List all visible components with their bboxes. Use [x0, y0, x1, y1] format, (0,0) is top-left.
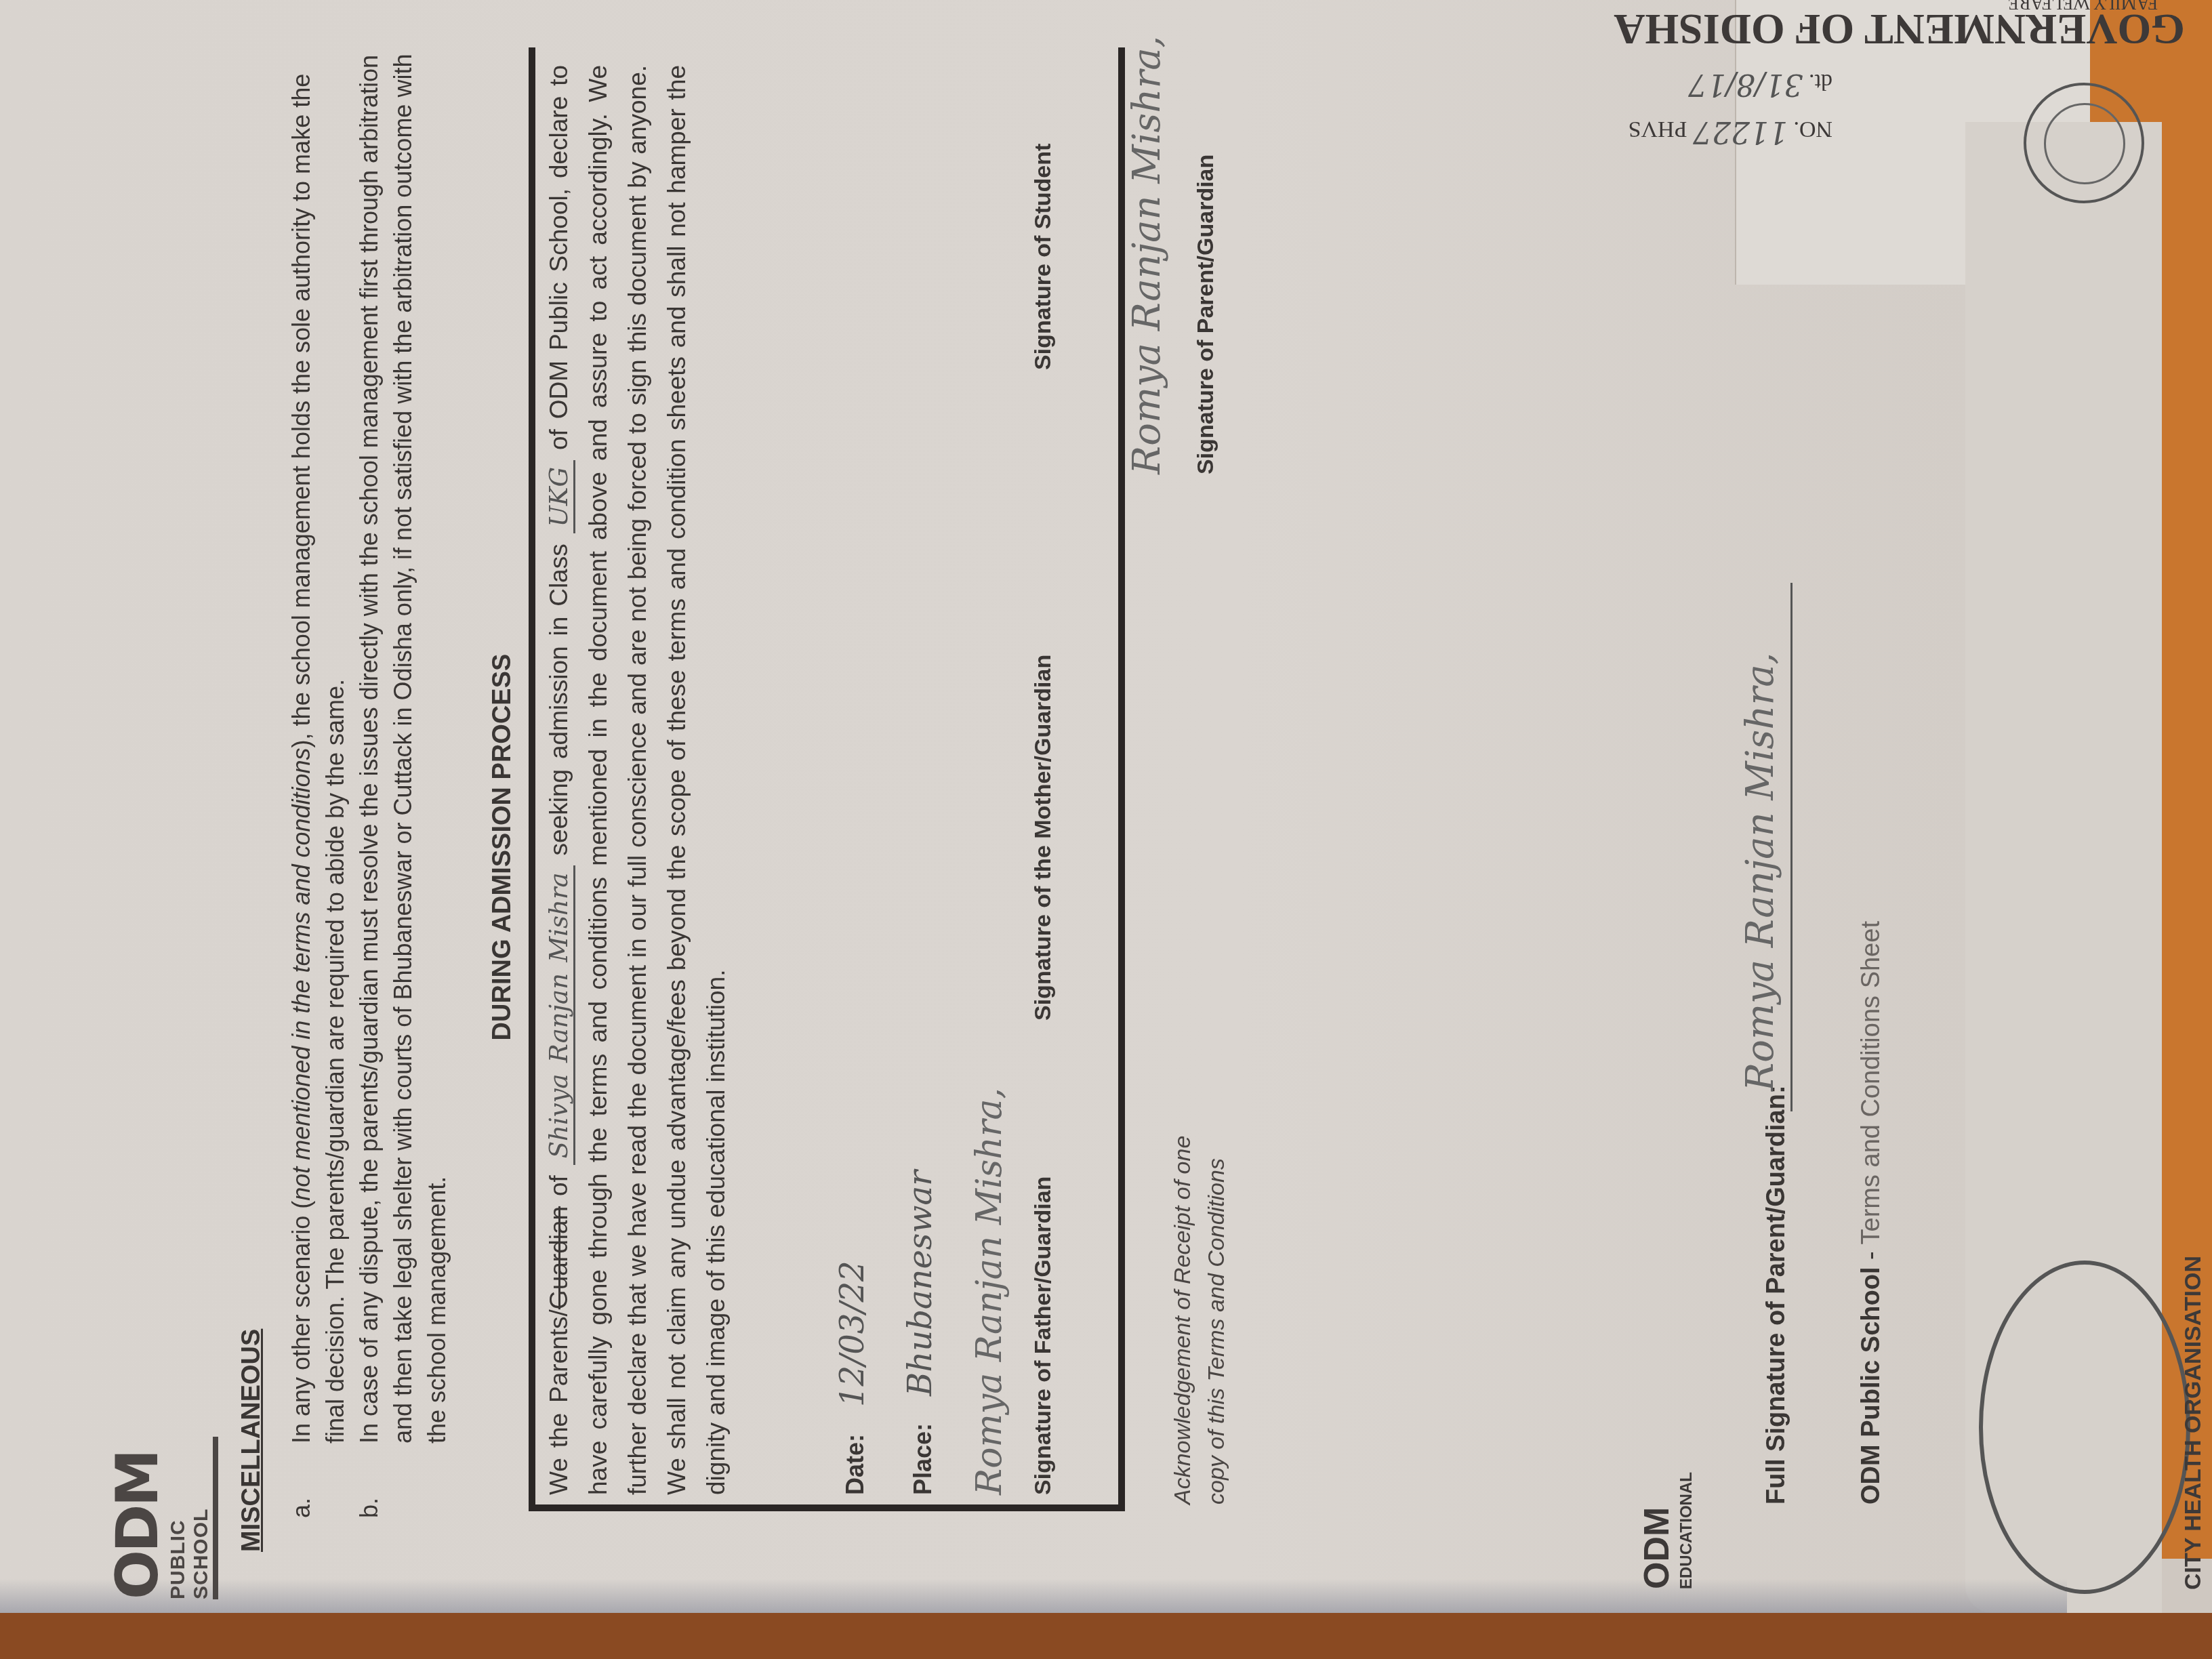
class-field[interactable]: UKG	[544, 460, 575, 533]
ack-line: copy of this Terms and Conditions	[1200, 895, 1233, 1504]
footer-school: ODM Public School	[1857, 1267, 1885, 1504]
list-item: b. In case of any dispute, the parents/g…	[352, 27, 454, 1518]
list-item-text: In case of any dispute, the parents/guar…	[352, 34, 454, 1443]
text-segment: of	[545, 1165, 573, 1206]
education-logo-main: ODM	[1637, 1440, 1677, 1589]
footer-title: Terms and Conditions Sheet	[1857, 921, 1885, 1244]
terms-document: ODM PUBLIC SCHOOL MISCELLANEOUS a. In an…	[108, 68, 2074, 1626]
place-field[interactable]: Bhubaneswar	[901, 1170, 939, 1396]
italic-segment: not mentioned in the terms and condition…	[287, 747, 315, 1200]
declaration-text: We the Parents/Guardian of Shivya Ranjan…	[539, 65, 736, 1495]
school-logo: ODM PUBLIC SCHOOL	[108, 1437, 218, 1599]
full-signature[interactable]: Romya Ranjan Mishra,	[1738, 653, 1782, 1091]
miscellaneous-heading: MISCELLANEOUS	[237, 1329, 266, 1552]
mother-signature-label: Signature of the Mother/Guardian	[1030, 655, 1057, 1021]
text-segment: seeking admission in Class	[545, 533, 573, 865]
logo-text: ODM	[108, 1437, 167, 1599]
place-label: Place:	[909, 1423, 937, 1495]
health-seal-text: CITY HEALTH ORGANISATION	[2180, 1256, 2207, 1590]
education-logo-sub: EDUCATIONAL	[1677, 1440, 1696, 1589]
struck-text: Guardian	[545, 1206, 573, 1309]
place-row: Place: Bhubaneswar	[901, 1170, 939, 1495]
admission-heading: DURING ADMISSION PROCESS	[488, 68, 517, 1626]
miscellaneous-list: a. In any other scenario (not mentioned …	[285, 27, 454, 1518]
father-signature-label: Signature of Father/Guardian	[1030, 1176, 1057, 1495]
parent-signature-label: Signature of Parent/Guardian	[1193, 155, 1219, 474]
admission-declaration-box: We the Parents/Guardian of Shivya Ranjan…	[529, 47, 1125, 1511]
father-signature[interactable]: Romya Ranjan Mishra,	[969, 1088, 1010, 1495]
education-logo: ODM EDUCATIONAL	[1637, 1440, 1738, 1589]
text-segment: In any other scenario (	[287, 1201, 315, 1443]
page-footer: ODM Public School - Terms and Conditions…	[1857, 921, 1886, 1504]
student-signature-label: Signature of Student	[1030, 144, 1057, 370]
text-segment: We the Parents/	[545, 1309, 573, 1495]
signature-line	[1790, 583, 1793, 1111]
stamp-subtitle: FAMILY WELFARE	[2008, 0, 2158, 14]
date-field[interactable]: 12/03/22	[834, 1261, 872, 1407]
acknowledgement-text: Acknowledgement of Receipt of one copy o…	[1166, 895, 1233, 1504]
date-row: Date: 12/03/22	[834, 1261, 872, 1495]
student-name-field[interactable]: Shivya Ranjan Mishra	[544, 865, 575, 1165]
list-marker: a.	[285, 1498, 319, 1518]
date-label: Date:	[841, 1434, 869, 1495]
list-marker: b.	[352, 1498, 386, 1518]
list-item-text: In any other scenario (not mentioned in …	[285, 34, 352, 1443]
parent-signature[interactable]: Romya Ranjan Mishra,	[1125, 36, 1169, 474]
list-item: a. In any other scenario (not mentioned …	[285, 27, 352, 1518]
footer-separator: -	[1857, 1244, 1885, 1267]
full-signature-label: Full Signature of Parent/Guardian:	[1762, 1085, 1791, 1504]
logo-subtext: PUBLIC SCHOOL	[167, 1437, 218, 1599]
ack-line: Acknowledgement of Receipt of one	[1166, 895, 1200, 1504]
